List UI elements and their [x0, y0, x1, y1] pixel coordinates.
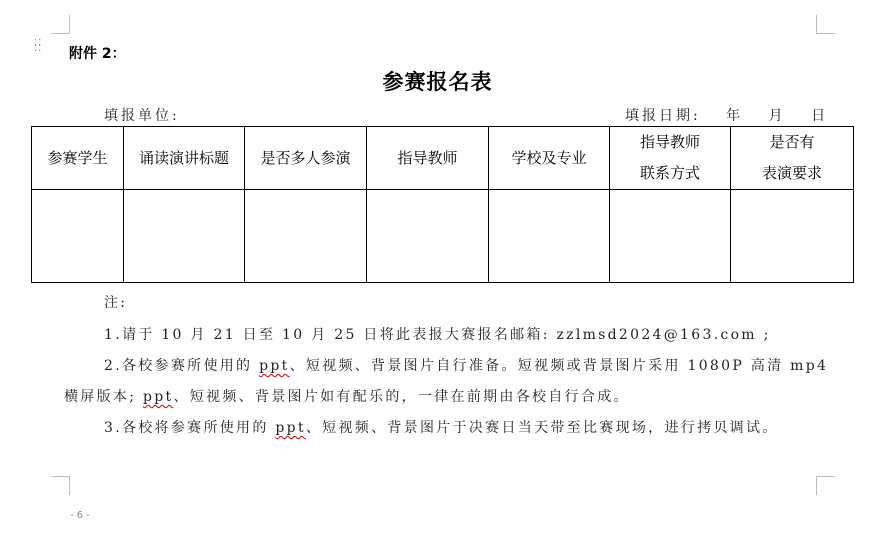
column-header-performance-req: 是否有表演要求 — [731, 127, 854, 190]
attachment-label: 附件 2： — [69, 43, 126, 63]
note-item-2: 2.各校参赛所使用的 ppt、短视频、背景图片自行准备。短视频或背景图片采用 1… — [104, 355, 828, 375]
cell-instructor-contact[interactable] — [610, 190, 731, 283]
margin-corner-top-left — [51, 15, 70, 34]
cell-school-major[interactable] — [489, 190, 610, 283]
note-item-3: 3.各校将参赛所使用的 ppt、短视频、背景图片于决赛日当天带至比赛现场，进行拷… — [104, 417, 779, 437]
note-item-1: 1.请于 10 月 21 日至 10 月 25 日将此表报大赛报名邮箱: zzl… — [104, 324, 771, 344]
cell-instructor[interactable] — [367, 190, 489, 283]
column-header-instructor: 指导教师 — [367, 127, 489, 190]
cell-student[interactable] — [32, 190, 124, 283]
table-header-row: 参赛学生 诵读演讲标题 是否多人参演 指导教师 学校及专业 指导教师联系方式 是… — [32, 127, 854, 190]
margin-corner-bottom-left — [51, 476, 70, 495]
margin-corner-bottom-right — [816, 476, 835, 495]
cell-multi-performer[interactable] — [245, 190, 367, 283]
note-item-2-cont: 横屏版本; ppt、短视频、背景图片如有配乐的，一律在前期由各校自行合成。 — [64, 386, 630, 406]
cell-performance-req[interactable] — [731, 190, 854, 283]
table-row — [32, 190, 854, 283]
page-number: - 6 - — [70, 510, 90, 521]
drag-handle-icon[interactable]: ⁚⁚⁚⁚ — [34, 41, 44, 55]
margin-corner-top-right — [816, 15, 835, 34]
fill-unit-label: 填报单位: — [104, 105, 180, 125]
page-title: 参赛报名表 — [0, 66, 875, 96]
column-header-instructor-contact: 指导教师联系方式 — [610, 127, 731, 190]
notes-heading: 注: — [104, 292, 127, 312]
month-label: 月 — [769, 108, 786, 124]
year-label: 年 — [726, 108, 743, 124]
spellcheck-word: ppt — [259, 358, 289, 374]
spellcheck-word: ppt — [143, 389, 173, 405]
spellcheck-word: ppt — [275, 420, 305, 436]
cell-title[interactable] — [124, 190, 245, 283]
fill-date-label: 填报日期: 年 月 日 — [625, 105, 828, 125]
column-header-multi-performer: 是否多人参演 — [245, 127, 367, 190]
date-label: 填报日期: — [625, 108, 701, 124]
registration-table: 参赛学生 诵读演讲标题 是否多人参演 指导教师 学校及专业 指导教师联系方式 是… — [31, 126, 854, 283]
day-label: 日 — [811, 108, 828, 124]
column-header-school-major: 学校及专业 — [489, 127, 610, 190]
column-header-title: 诵读演讲标题 — [124, 127, 245, 190]
column-header-student: 参赛学生 — [32, 127, 124, 190]
